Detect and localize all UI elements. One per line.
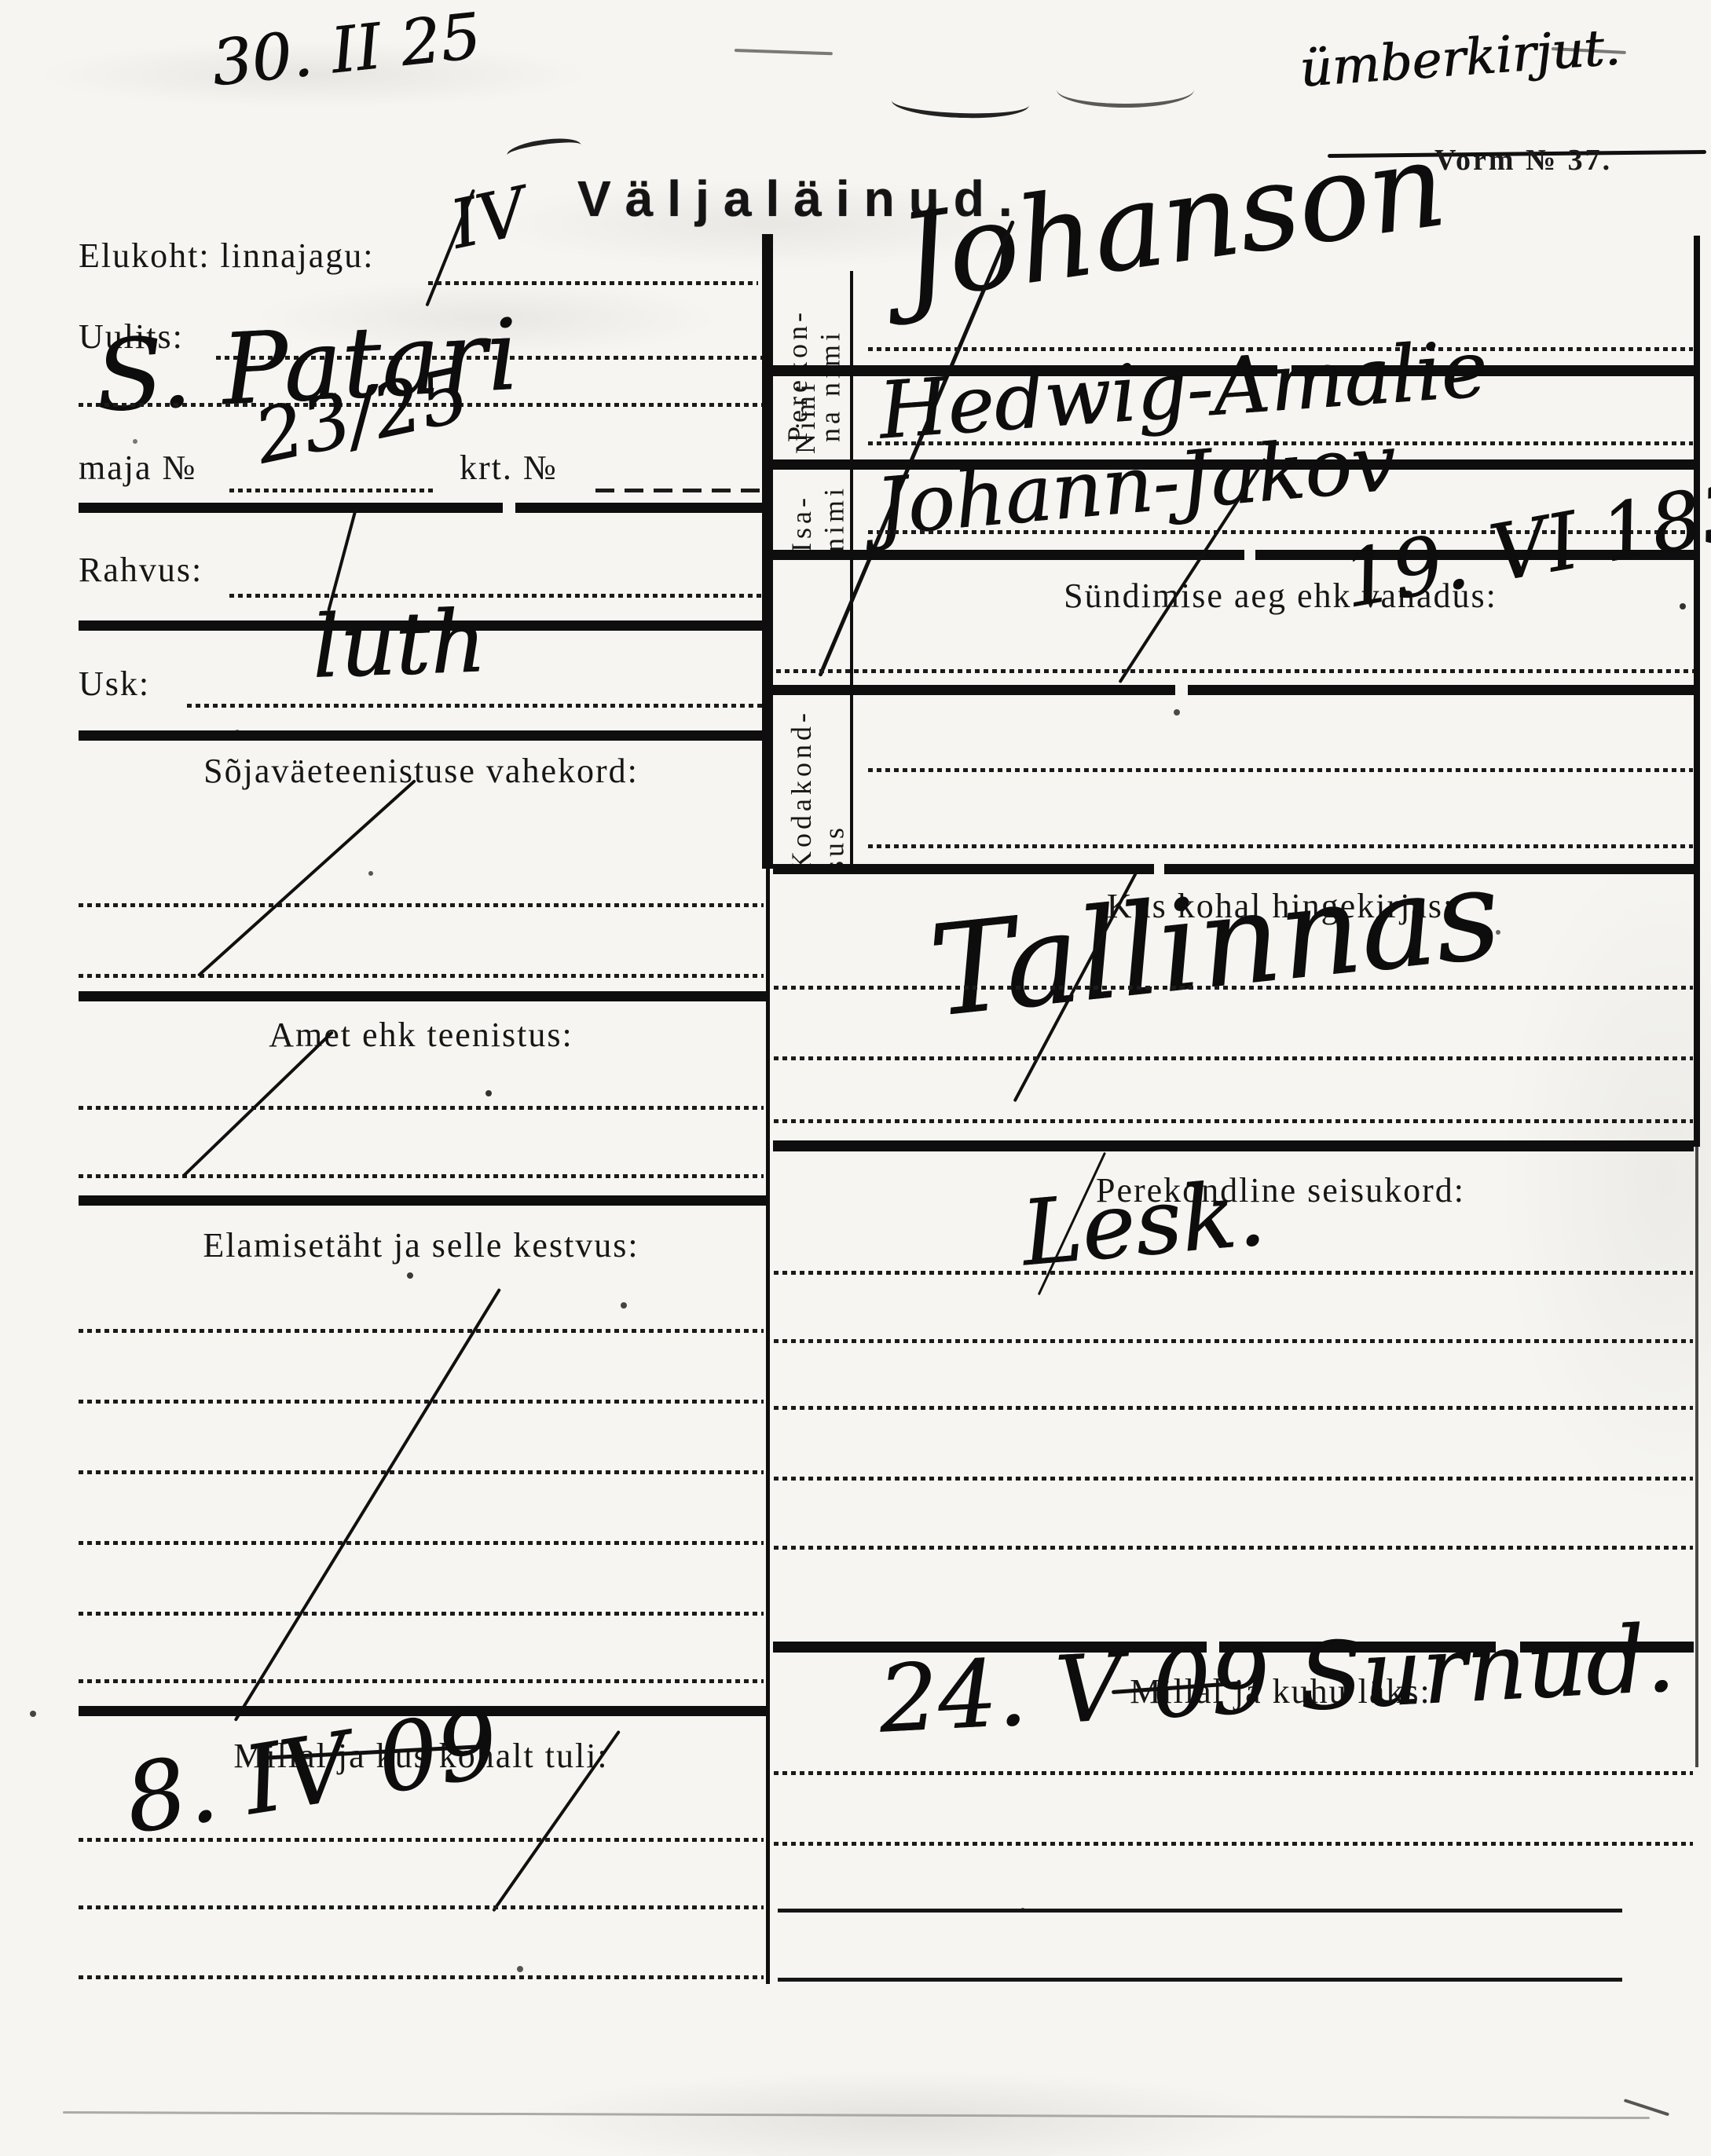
handwriting-slash (234, 1288, 501, 1722)
rahvus-line (229, 594, 764, 598)
section-bar (79, 1195, 767, 1206)
sojavaeteenistus-label: Sõjaväeteenistuse vahekord: (79, 751, 764, 791)
elamisetaht-label: Elamisetäht ja selle kestvus: (79, 1225, 764, 1265)
nimi-label: Nimi (790, 375, 822, 454)
elukoht-value: IV (444, 173, 533, 265)
handwritten-top-date: 30. II 25 (208, 0, 484, 100)
rahvus-label: Rahvus: (79, 550, 203, 590)
column-divider-thin (766, 869, 770, 1984)
blank-line (79, 1329, 764, 1333)
blank-line (79, 1975, 764, 1979)
crease-mark (1624, 2099, 1669, 2116)
blank-line (774, 1842, 1693, 1846)
section-bar (515, 503, 767, 513)
crease-mark (735, 49, 833, 55)
section-bar (79, 991, 767, 1001)
seisukord-line (774, 1271, 1693, 1275)
usk-label: Usk: (79, 664, 150, 704)
blank-line (79, 1679, 764, 1683)
section-bar (773, 864, 1154, 874)
blank-line (774, 1477, 1693, 1481)
section-bar (1188, 685, 1694, 695)
crease-mark (891, 86, 1029, 120)
krt-line (595, 489, 762, 492)
blank-solid-line (778, 1909, 1622, 1913)
blank-line (774, 1546, 1693, 1550)
crease-mark (1057, 72, 1194, 108)
handwritten-top-note: ümberkirjut. (1298, 19, 1621, 99)
blank-line (79, 1470, 764, 1474)
kodakondsus-line-2 (868, 844, 1693, 848)
perekonna-nimi-value: Johanson (892, 116, 1453, 328)
laks-value: 24. V 09 Surnud. (876, 1604, 1677, 1754)
sundimise-line (776, 669, 1694, 673)
hingekirjas-line-3 (774, 1119, 1693, 1123)
section-bar (79, 730, 767, 741)
scanned-form: 30. II 25 ümberkirjut. Vorm № 37. Väljal… (0, 0, 1711, 2156)
right-edge-rule (1694, 236, 1700, 1147)
section-bar (773, 1140, 1694, 1151)
maja-label: maja № (79, 448, 197, 488)
krt-label: krt. № (460, 448, 558, 488)
elukoht-label: Elukoht: linnajagu: (79, 236, 375, 276)
handwriting-slash (197, 779, 416, 977)
laks-line (774, 1771, 1693, 1775)
usk-value: luth (310, 591, 487, 697)
maja-line (229, 489, 434, 492)
blank-line (79, 1106, 764, 1110)
section-bar (773, 685, 1175, 695)
blank-line (79, 1612, 764, 1616)
crease-mark (63, 2111, 1650, 2119)
right-edge-rule (1695, 1147, 1698, 1767)
form-number: Vorm № 37. (1434, 143, 1612, 178)
blank-solid-line (778, 1978, 1622, 1982)
amet-label: Amet ehk teenistus: (79, 1015, 764, 1055)
blank-line (79, 1174, 764, 1178)
hingekirjas-line-2 (774, 1056, 1693, 1060)
blank-line (79, 1838, 764, 1842)
section-bar (79, 503, 503, 513)
elukoht-line (428, 281, 758, 285)
blank-line (79, 1400, 764, 1404)
usk-line (187, 704, 764, 708)
blank-line (79, 903, 764, 907)
kodakondsus-line (868, 768, 1693, 772)
scan-speckles (0, 0, 3, 3)
section-bar (773, 550, 1244, 560)
column-divider-thick (762, 234, 773, 869)
crease-mark (506, 135, 583, 166)
seisukord-value: Lesk. (1017, 1161, 1269, 1287)
blank-line (79, 974, 764, 978)
hingekirjas-line (774, 986, 1693, 990)
blank-line (774, 1406, 1693, 1410)
blank-line (79, 1905, 764, 1909)
seisukord-label: Perekondline seisukord: (868, 1170, 1693, 1210)
isa-nimi-label: Isa- nimi (786, 470, 851, 552)
blank-line (79, 1541, 764, 1545)
kodakondsus-label: Kodakond- sus (786, 703, 851, 872)
blank-line (774, 1339, 1693, 1343)
